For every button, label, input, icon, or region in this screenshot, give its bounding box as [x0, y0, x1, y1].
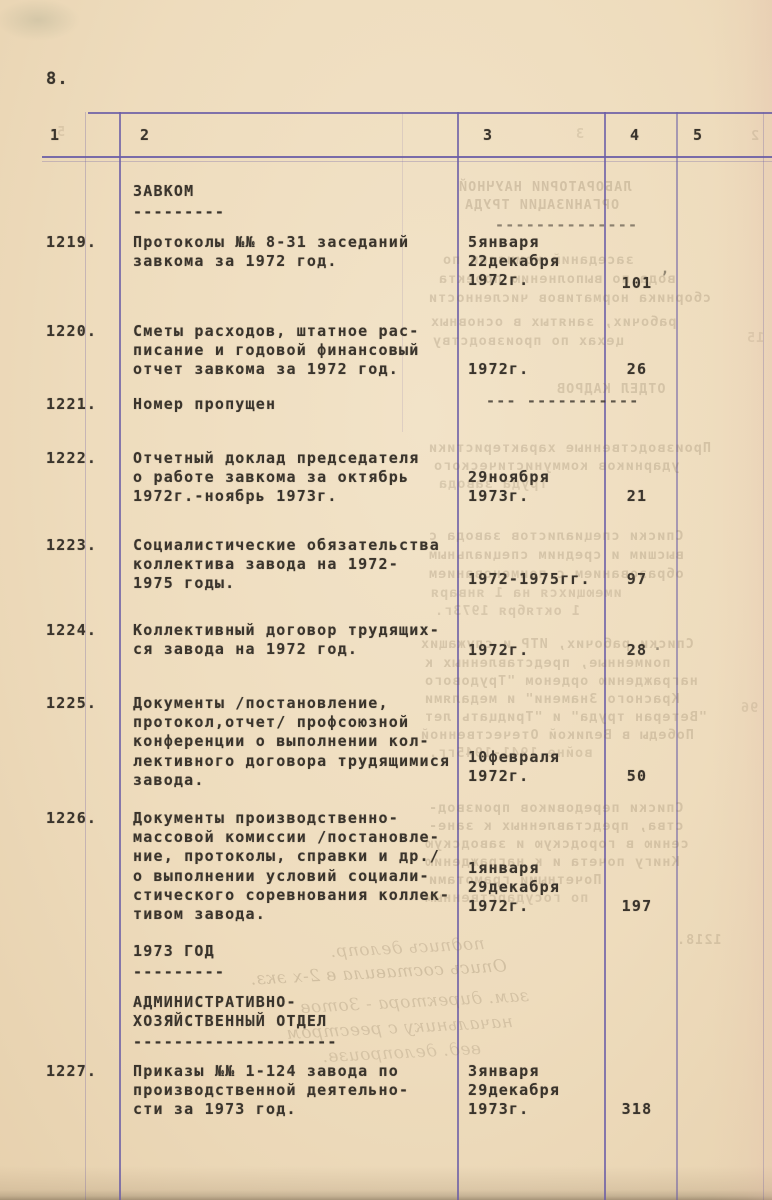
entry-description-line: завода.	[133, 771, 205, 790]
entry-date-line: 1972г.	[468, 360, 529, 379]
entry-description-line: Документы производственно-	[133, 809, 399, 828]
bleedthrough-text: награждению орденом "Трудового	[424, 673, 698, 689]
bleedthrough-text: Списки рабочих, ИТР и служащих	[420, 636, 694, 652]
entry-description-line: Социалистические обязательства	[133, 536, 440, 555]
entry-description-line: Протоколы №№ 8-31 заседаний	[133, 233, 409, 252]
entry-description-line: сти за 1973 год.	[133, 1100, 297, 1119]
table-header-bottom-border	[42, 156, 772, 158]
bleedthrough-text: 1 октября 1973г.	[434, 603, 580, 619]
entry-number: 1219.	[46, 233, 97, 252]
table-column-divider-4-5	[676, 112, 678, 1200]
entry-description-line: о выполнении условий социали-	[133, 867, 430, 886]
bleedthrough-text: 15	[746, 330, 764, 346]
page-number: 8.	[46, 70, 69, 89]
entry-description-line: 1972г.-ноябрь 1973г.	[133, 487, 338, 506]
scanned-archive-inventory-page: 8. 12345ЗАВКОМ---------1219.Протоколы №№…	[0, 0, 772, 1200]
bleedthrough-text: Победы в Великой Отечественной	[420, 727, 694, 743]
bleedthrough-text: войне 1941-1945гг.	[428, 745, 592, 761]
entry-unit-count: 26	[607, 360, 667, 379]
entry-description-line: протокол,отчет/ профсоюзной	[133, 713, 409, 732]
entry-date-line: 29декабря	[468, 1081, 560, 1100]
bleedthrough-text: сению в городскую и заводскую	[424, 836, 689, 852]
entry-number: 1223.	[46, 536, 97, 555]
entry-description-line: 1975 годы.	[133, 574, 235, 593]
bleedthrough-text: ства, представленных к зане-	[428, 818, 684, 834]
bleedthrough-text: ЛАБОРАТОРИИ НАУЧНОЙ	[458, 179, 631, 195]
bleedthrough-text: труда завода	[438, 476, 548, 492]
section-heading-underline: ---------	[133, 203, 225, 222]
entry-unit-count: 197	[607, 897, 667, 916]
entry-date-line: 1972г.	[468, 767, 529, 786]
bleedthrough-text: заседаний комиссии по	[442, 252, 634, 268]
entry-unit-count: 318	[607, 1100, 667, 1119]
bleedthrough-text: 96	[740, 700, 758, 716]
entry-number: 1226.	[46, 809, 97, 828]
bleedthrough-text: имеющихся на 1 января	[430, 585, 622, 601]
entry-description-line: ся завода на 1972 год.	[133, 640, 358, 659]
section-heading: ЗАВКОМ	[133, 182, 194, 201]
entry-number: 1222.	[46, 449, 97, 468]
entry-number: 1225.	[46, 694, 97, 713]
bleedthrough-text: образованием с поименованием	[428, 566, 684, 582]
column-header-2: 2	[140, 126, 150, 145]
table-top-border	[88, 112, 772, 114]
entry-date-line: 1973г.	[468, 1100, 529, 1119]
section-heading: АДМИНИСТРАТИВНО-	[133, 993, 297, 1012]
entry-description-line: коллектива завода на 1972-	[133, 555, 399, 574]
entry-description-line: Номер пропущен	[133, 395, 276, 414]
entry-description-line: Документы /постановление,	[133, 694, 389, 713]
bleedthrough-text: цехах по производству	[432, 333, 624, 349]
entry-description-line: завкома за 1972 год.	[133, 252, 338, 271]
entry-description-line: ние, протоколы, справки и др./	[133, 847, 440, 866]
bleedthrough-text: 2	[750, 128, 759, 144]
bleedthrough-text: поименные, представленных к	[424, 655, 670, 671]
bleedthrough-text: Списки специалистов завода с	[428, 528, 684, 544]
column-header-4: 4	[630, 126, 640, 145]
entry-description-line: о работе завкома за октябрь	[133, 468, 409, 487]
bleedthrough-text: ОРГАНИЗАЦИИ ТРУДА	[464, 197, 619, 213]
bleedthrough-text: 3	[575, 126, 584, 142]
bleedthrough-text: вода по выполнению проекта	[438, 271, 675, 287]
table-header-bottom-border-ghost	[42, 161, 772, 162]
bleedthrough-text: Производственные характеристики	[428, 440, 711, 456]
bleedthrough-handwriting: Опись составила в 2-х экз.	[250, 956, 508, 989]
bleedthrough-text: по государственным	[424, 890, 588, 906]
section-heading-underline: ---------	[133, 963, 225, 982]
bleedthrough-text: высшим и средним специальным	[428, 547, 684, 563]
ghost-vertical-line-left	[85, 112, 86, 1200]
entry-number: 1224.	[46, 621, 97, 640]
column-header-3: 3	[483, 126, 493, 145]
bleedthrough-text: рабочих, занятых в основных	[430, 314, 676, 330]
entry-description-line: конференции о выполнении кол-	[133, 732, 430, 751]
bleedthrough-text: ударников коммунистического	[433, 458, 679, 474]
entry-number: 1227.	[46, 1062, 97, 1081]
bleedthrough-text: сборника нормативов численности	[428, 290, 711, 306]
bleedthrough-text: Красного Знамени" и медалями	[424, 691, 680, 707]
entry-description-line: массовой комиссии /постановле-	[133, 828, 440, 847]
entry-description-line: лективного договора трудящимися	[133, 752, 450, 771]
entry-description-line: Коллективный договор трудящих-	[133, 621, 440, 640]
bleedthrough-text: Книгу почета и к награждению	[424, 854, 680, 870]
entry-description-line: производственной деятельно-	[133, 1081, 409, 1100]
bleedthrough-text: Списки передовиков производ-	[428, 800, 684, 816]
entry-description-line: стического соревнования коллек-	[133, 886, 450, 905]
entry-description-line: Отчетный доклад председателя	[133, 449, 419, 468]
ghost-vertical-line-middle	[402, 112, 403, 432]
entry-unit-count: 21	[607, 487, 667, 506]
entry-description-line: писание и годовой финансовый	[133, 341, 419, 360]
entry-description-line: Сметы расходов, штатное рас-	[133, 322, 419, 341]
entry-date-line: 5января	[468, 233, 540, 252]
bleedthrough-text: 5	[56, 124, 65, 140]
entry-unit-count: 50	[607, 767, 667, 786]
bleedthrough-text: "Ветеран труда" и "Тридцать лет	[424, 709, 707, 725]
dash-mark: --------------	[495, 216, 638, 234]
bleedthrough-text: 1218.	[676, 932, 722, 948]
entry-description-line: тивом завода.	[133, 905, 266, 924]
column-header-5: 5	[693, 126, 703, 145]
entry-number: 1221.	[46, 395, 97, 414]
table-right-border	[763, 112, 764, 1200]
section-heading: 1973 ГОД	[133, 942, 215, 961]
bleedthrough-text: ОТДЕЛ КАДРОВ	[556, 381, 666, 397]
entry-number: 1220.	[46, 322, 97, 341]
entry-description-line: отчет завкома за 1972 год.	[133, 360, 399, 379]
entry-date-line: 3января	[468, 1062, 540, 1081]
table-column-divider-1-2	[119, 112, 121, 1200]
bleedthrough-text: Почетными грамотами	[428, 872, 601, 888]
